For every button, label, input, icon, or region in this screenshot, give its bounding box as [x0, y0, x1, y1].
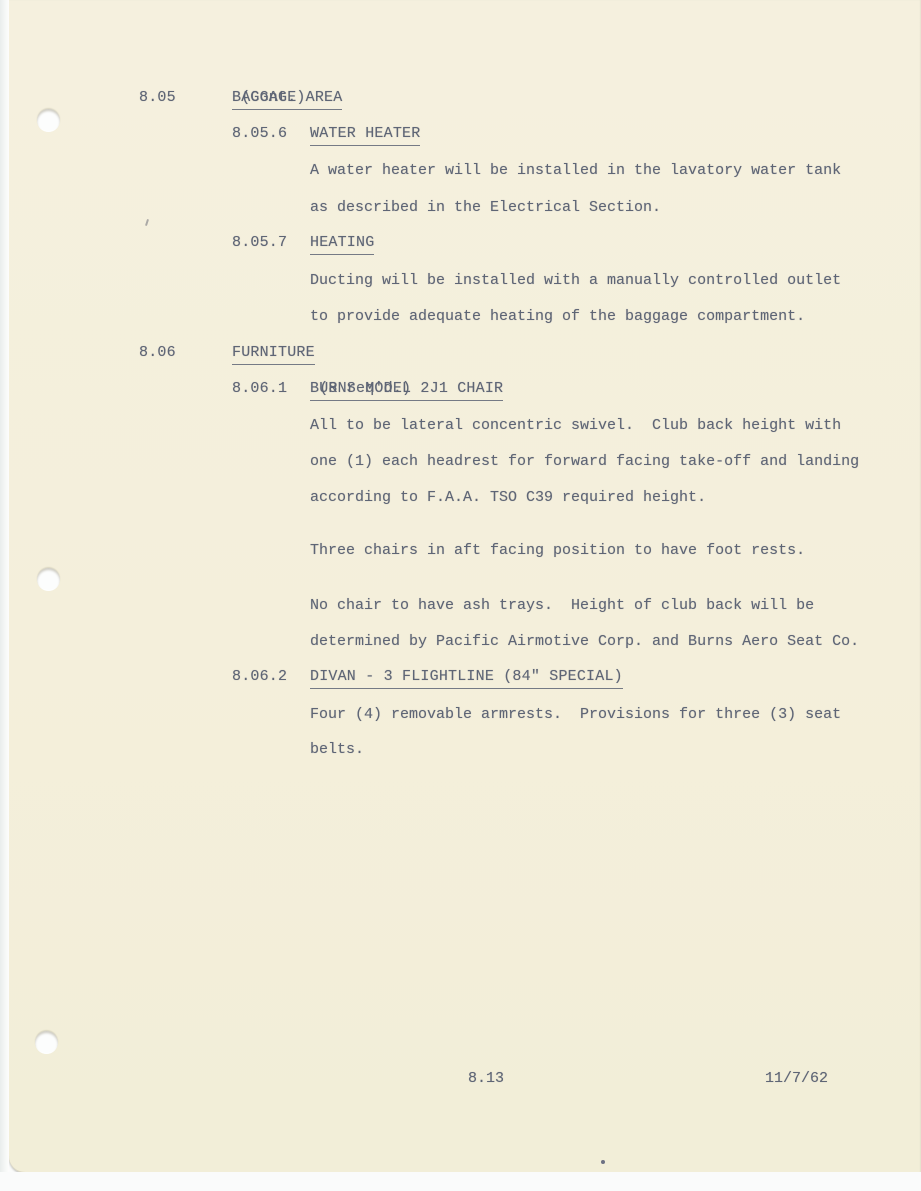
body-text: one (1) each headrest for forward facing… — [310, 452, 859, 472]
body-text: Three chairs in aft facing position to h… — [310, 541, 805, 561]
body-line: Ducting will be installed with a manuall… — [0, 271, 921, 293]
page-footer: 8.13 11/7/62 — [0, 1069, 921, 1091]
body-text: All to be lateral concentric swivel. Clu… — [310, 416, 841, 436]
subsection-heading-8057: 8.05.7 HEATING — [0, 233, 921, 255]
body-line: according to F.A.A. TSO C39 required hei… — [0, 488, 921, 510]
section-title-underlined: FURNITURE — [232, 343, 315, 365]
body-line: No chair to have ash trays. Height of cl… — [0, 596, 921, 618]
subsection-heading-8056: 8.05.6 WATER HEATER — [0, 124, 921, 146]
body-text: as described in the Electrical Section. — [310, 198, 661, 218]
body-text: No chair to have ash trays. Height of cl… — [310, 596, 814, 616]
body-line: Three chairs in aft facing position to h… — [0, 541, 921, 563]
section-number: 8.05 — [139, 88, 176, 108]
body-line: A water heater will be installed in the … — [0, 161, 921, 183]
body-line: Four (4) removable armrests. Provisions … — [0, 705, 921, 727]
subsection-title-underlined: WATER HEATER — [310, 124, 420, 146]
subsection-heading-8061: 8.06.1 BURNS MODEL 2J1 CHAIR (8 req'd.) — [0, 379, 921, 401]
scanned-document: 8.05 BAGGAGE AREA (Cont.) 8.05.6 WATER H… — [0, 0, 921, 1191]
body-text: determined by Pacific Airmotive Corp. an… — [310, 632, 859, 652]
scanner-edge-bottom — [0, 1172, 921, 1191]
section-heading-805: 8.05 BAGGAGE AREA (Cont.) — [0, 88, 921, 110]
subsection-title-underlined: HEATING — [310, 233, 374, 255]
body-line: determined by Pacific Airmotive Corp. an… — [0, 632, 921, 654]
subsection-number: 8.05.6 — [232, 124, 287, 144]
body-line: to provide adequate heating of the bagga… — [0, 307, 921, 329]
body-text: to provide adequate heating of the bagga… — [310, 307, 805, 327]
punch-hole-middle — [37, 568, 60, 591]
body-line: belts. — [0, 740, 921, 762]
subsection-heading-8062: 8.06.2 DIVAN - 3 FLIGHTLINE (84" SPECIAL… — [0, 667, 921, 689]
subsection-title-underlined: DIVAN - 3 FLIGHTLINE (84" SPECIAL) — [310, 667, 623, 689]
section-number: 8.06 — [139, 343, 176, 363]
body-line: one (1) each headrest for forward facing… — [0, 452, 921, 474]
subsection-title-suffix: (8 req'd.) — [310, 379, 411, 399]
footer-date: 11/7/62 — [765, 1069, 828, 1089]
body-text: belts. — [310, 740, 364, 760]
page-number: 8.13 — [468, 1069, 504, 1089]
body-text: Four (4) removable armrests. Provisions … — [310, 705, 841, 725]
body-text: A water heater will be installed in the … — [310, 161, 841, 181]
subsection-number: 8.06.2 — [232, 667, 287, 687]
body-line: as described in the Electrical Section. — [0, 198, 921, 220]
section-title-suffix: (Cont.) — [232, 88, 306, 108]
subsection-number: 8.06.1 — [232, 379, 287, 399]
body-text: according to F.A.A. TSO C39 required hei… — [310, 488, 706, 508]
section-heading-806: 8.06 FURNITURE — [0, 343, 921, 365]
subsection-number: 8.05.7 — [232, 233, 287, 253]
body-line: All to be lateral concentric swivel. Clu… — [0, 416, 921, 438]
punch-hole-bottom — [35, 1031, 58, 1054]
ink-speck — [601, 1160, 605, 1164]
body-text: Ducting will be installed with a manuall… — [310, 271, 841, 291]
